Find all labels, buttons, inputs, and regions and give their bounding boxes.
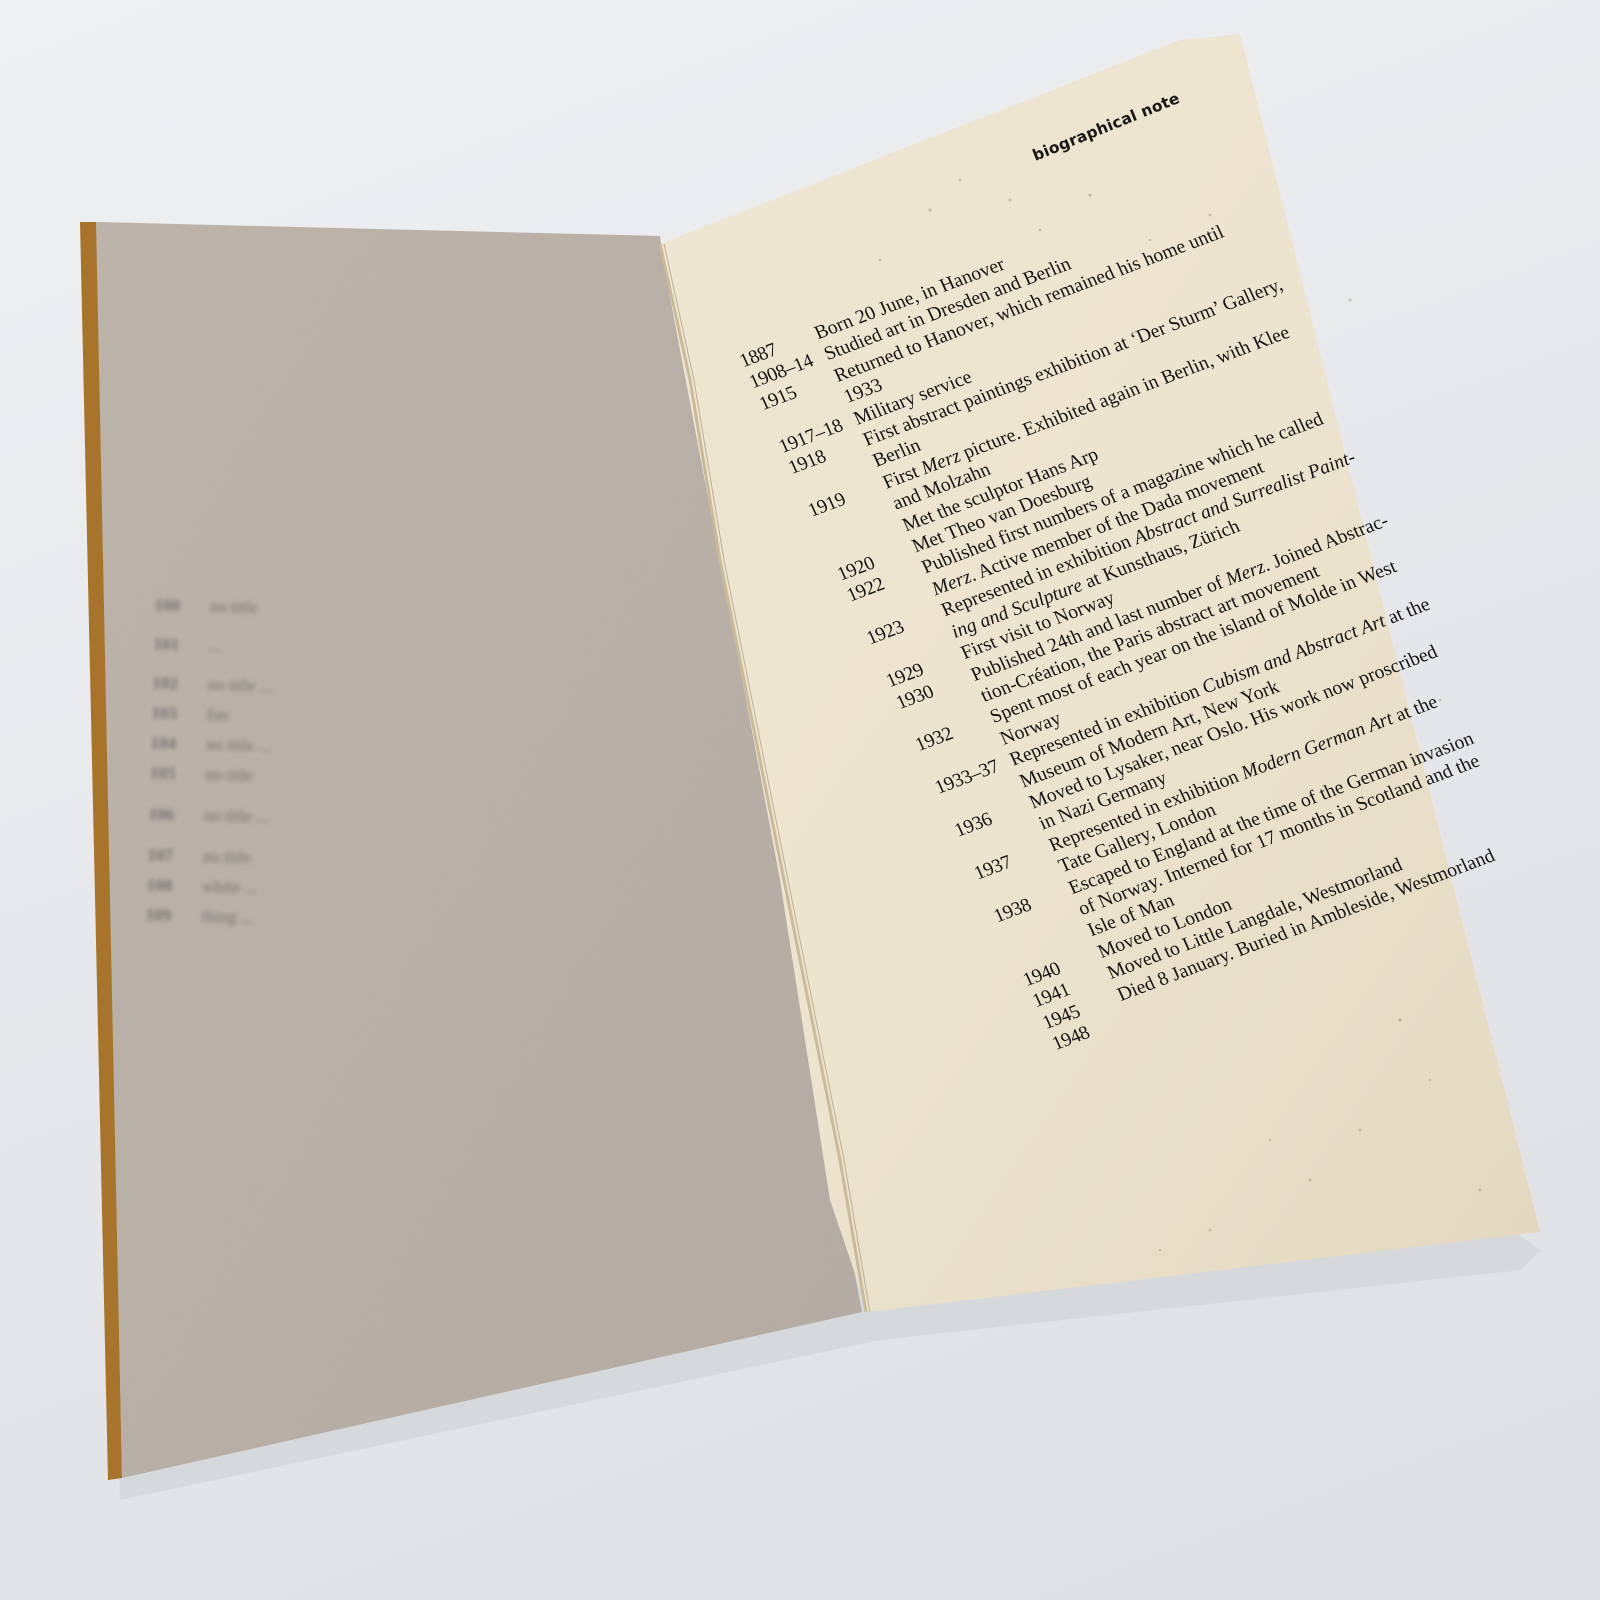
tissue-page-faint-text: 100no title 101... 102no title ... 103fa… xyxy=(131,250,650,944)
photo-scene: 100no title 101... 102no title ... 103fa… xyxy=(0,0,1600,1600)
